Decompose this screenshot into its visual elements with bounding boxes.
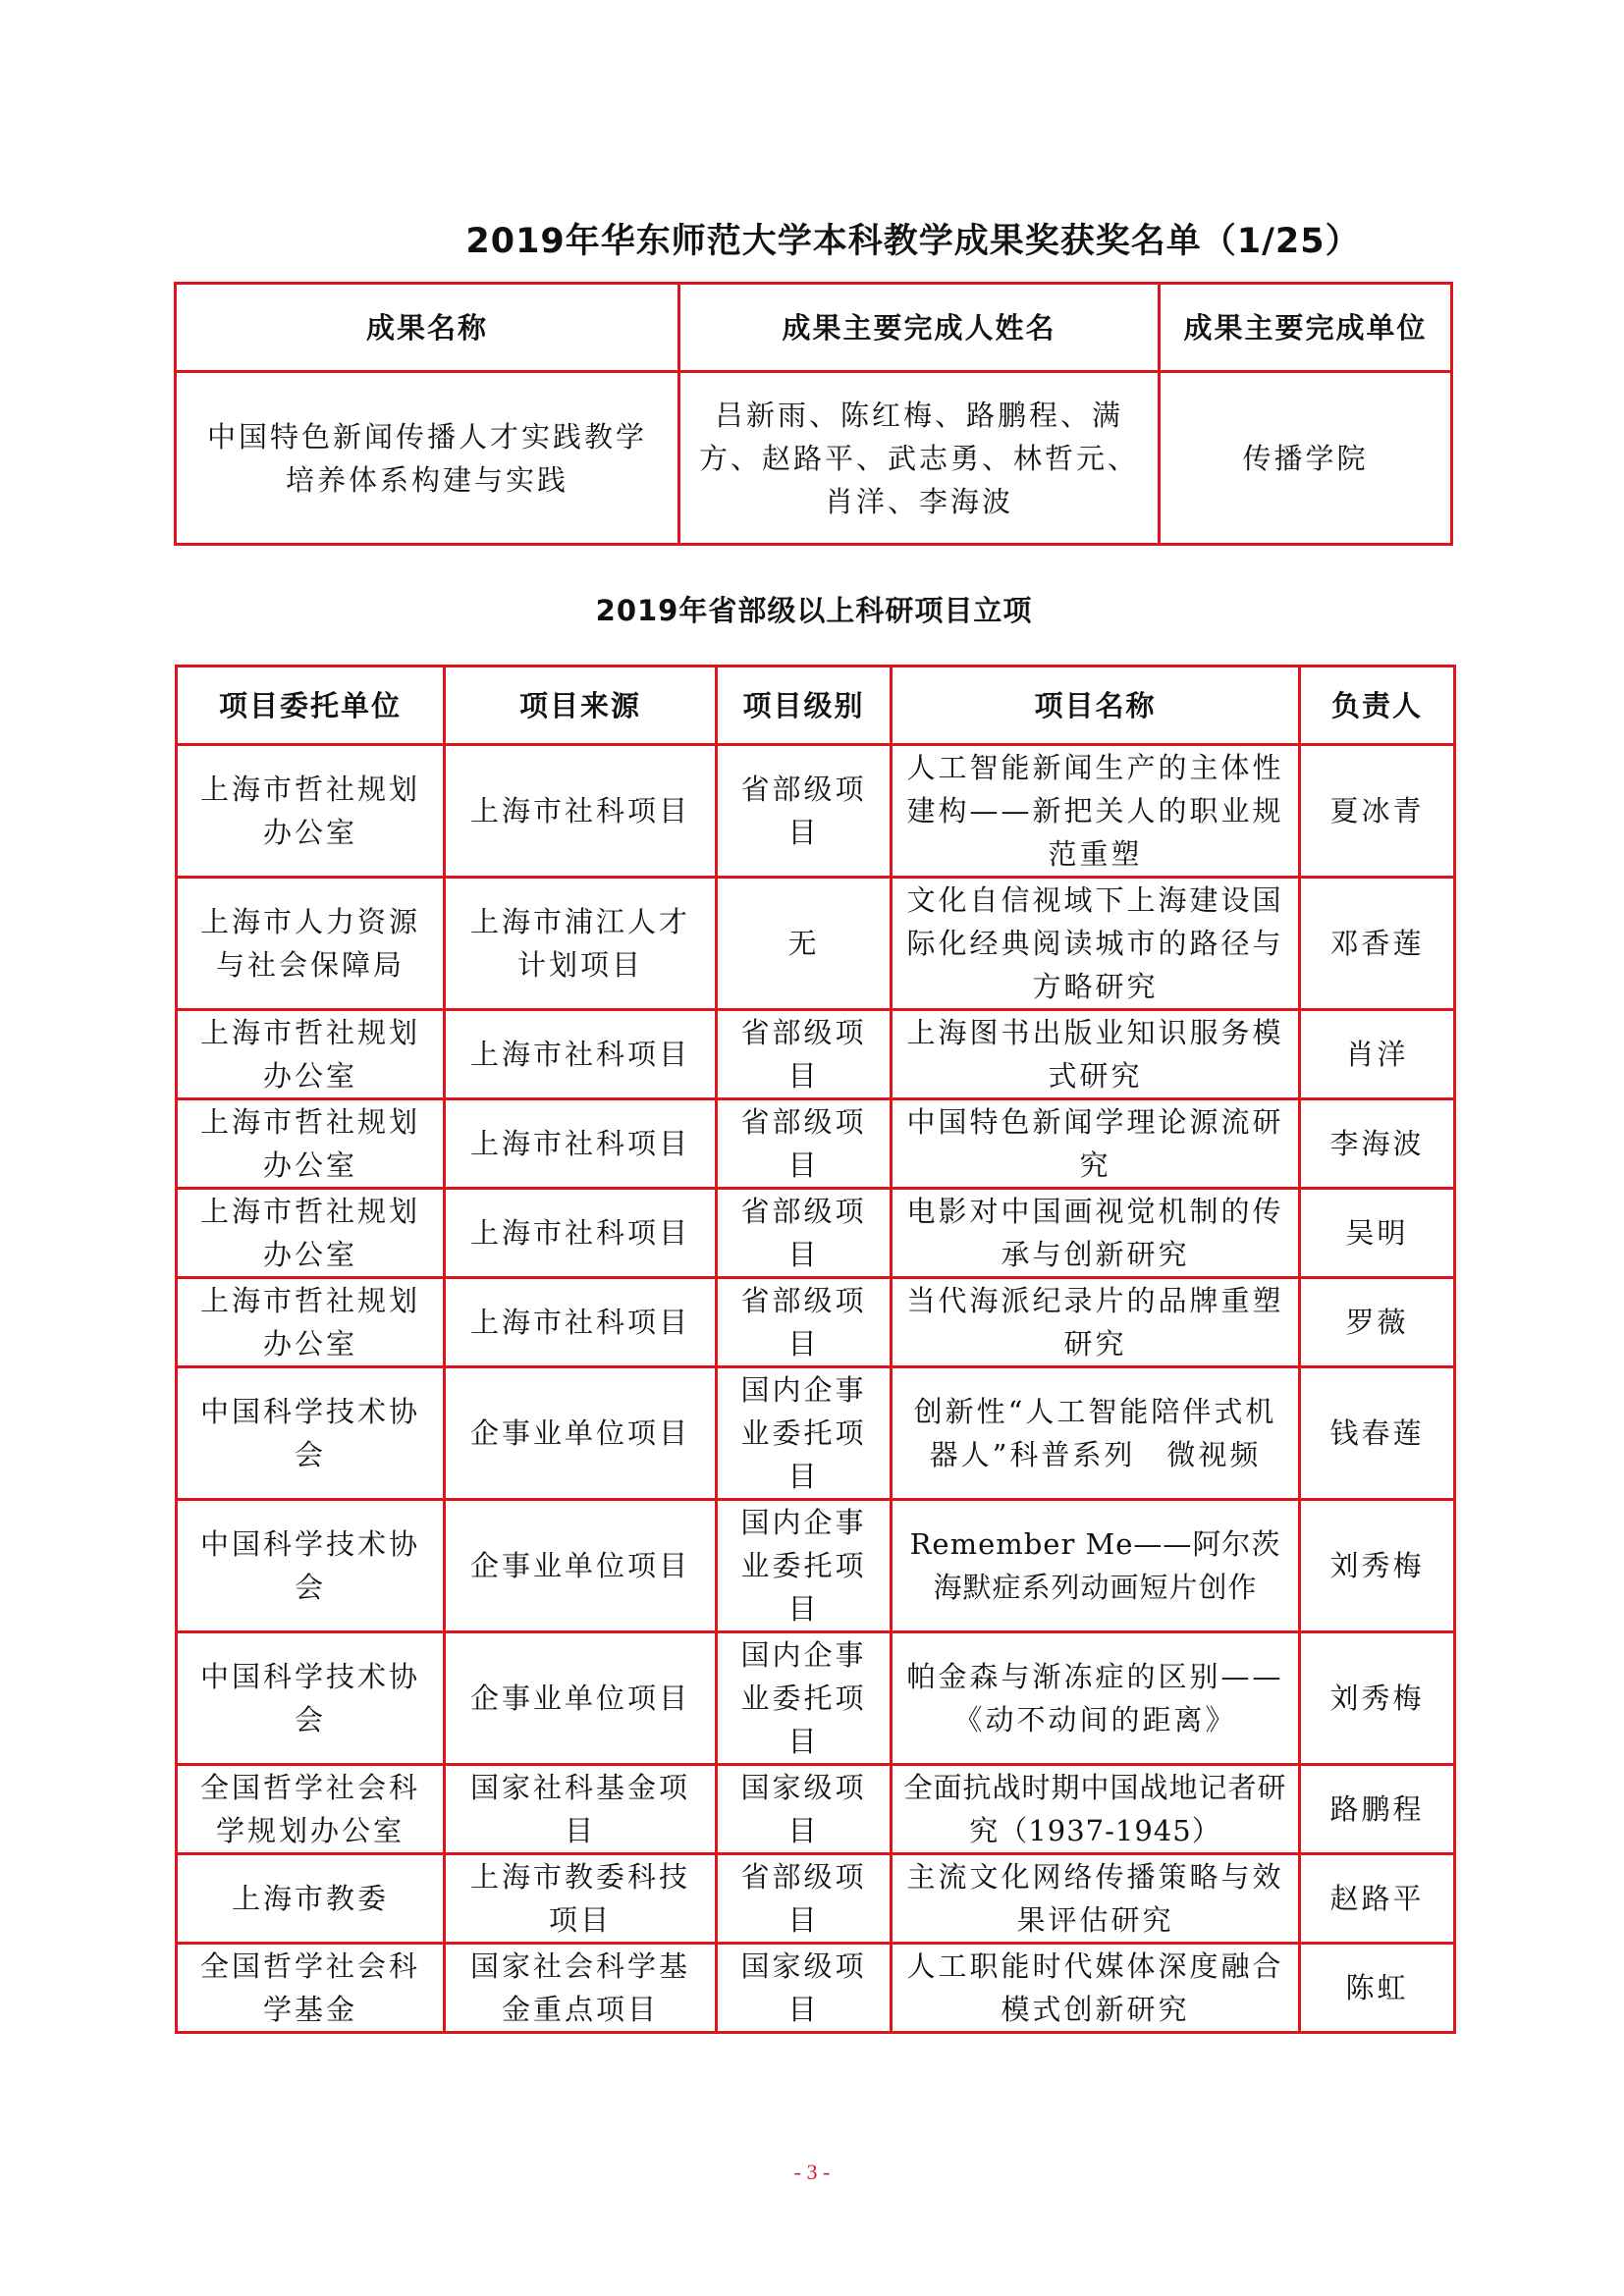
project-name-cell: 当代海派纪录片的品牌重塑研究 bbox=[892, 1278, 1300, 1367]
award-list-title: 2019年华东师范大学本科教学成果奖获奖名单（1/25） bbox=[393, 214, 1434, 263]
project-name-cell: 电影对中国画视觉机制的传承与创新研究 bbox=[892, 1189, 1300, 1278]
lead-cell: 刘秀梅 bbox=[1300, 1632, 1455, 1765]
page-number: - 3 - bbox=[763, 2160, 861, 2185]
lead-cell: 李海波 bbox=[1300, 1099, 1455, 1189]
header-client-unit: 项目委托单位 bbox=[177, 667, 445, 745]
project-name-cell: 中国特色新闻学理论源流研究 bbox=[892, 1099, 1300, 1189]
client-cell: 上海市教委 bbox=[177, 1854, 445, 1944]
lead-cell: 吴明 bbox=[1300, 1189, 1455, 1278]
project-name-cell: 人工智能新闻生产的主体性建构——新把关人的职业规范重塑 bbox=[892, 745, 1300, 878]
project-name-cell: 帕金森与渐冻症的区别——《动不动间的距离》 bbox=[892, 1632, 1300, 1765]
table-row: 全国哲学社会科学规划办公室 国家社科基金项目 国家级项目 全面抗战时期中国战地记… bbox=[177, 1765, 1455, 1854]
header-project-name: 项目名称 bbox=[892, 667, 1300, 745]
client-cell: 上海市哲社规划办公室 bbox=[177, 1010, 445, 1099]
client-cell: 全国哲学社会科学基金 bbox=[177, 1944, 445, 2033]
level-cell: 省部级项目 bbox=[717, 1010, 892, 1099]
project-name-cell: 全面抗战时期中国战地记者研究（1937-1945） bbox=[892, 1765, 1300, 1854]
table-row: 中国科学技术协会 企事业单位项目 国内企事业委托项目 Remember Me——… bbox=[177, 1500, 1455, 1632]
project-name-cell: Remember Me——阿尔茨海默症系列动画短片创作 bbox=[892, 1500, 1300, 1632]
level-cell: 国家级项目 bbox=[717, 1765, 892, 1854]
level-cell: 国家级项目 bbox=[717, 1944, 892, 2033]
source-cell: 企事业单位项目 bbox=[445, 1632, 717, 1765]
source-cell: 上海市社科项目 bbox=[445, 745, 717, 878]
table-row: 上海市哲社规划办公室 上海市社科项目 省部级项目 中国特色新闻学理论源流研究 李… bbox=[177, 1099, 1455, 1189]
project-name-cell: 人工职能时代媒体深度融合模式创新研究 bbox=[892, 1944, 1300, 2033]
project-name-cell: 上海图书出版业知识服务模式研究 bbox=[892, 1010, 1300, 1099]
lead-cell: 邓香莲 bbox=[1300, 878, 1455, 1010]
header-lead: 负责人 bbox=[1300, 667, 1455, 745]
level-cell: 省部级项目 bbox=[717, 1099, 892, 1189]
header-source: 项目来源 bbox=[445, 667, 717, 745]
level-cell: 国内企事业委托项目 bbox=[717, 1367, 892, 1500]
source-cell: 上海市社科项目 bbox=[445, 1278, 717, 1367]
award-table: 成果名称 成果主要完成人姓名 成果主要完成单位 中国特色新闻传播人才实践教学培养… bbox=[174, 282, 1453, 546]
client-cell: 中国科学技术协会 bbox=[177, 1632, 445, 1765]
table-row: 中国科学技术协会 企事业单位项目 国内企事业委托项目 创新性“人工智能陪伴式机器… bbox=[177, 1367, 1455, 1500]
lead-cell: 陈虹 bbox=[1300, 1944, 1455, 2033]
level-cell: 省部级项目 bbox=[717, 745, 892, 878]
level-cell: 国内企事业委托项目 bbox=[717, 1500, 892, 1632]
contributors-cell: 吕新雨、陈红梅、路鹏程、满方、赵路平、武志勇、林哲元、肖洋、李海波 bbox=[679, 372, 1160, 545]
level-cell: 省部级项目 bbox=[717, 1189, 892, 1278]
lead-cell: 路鹏程 bbox=[1300, 1765, 1455, 1854]
lead-cell: 钱春莲 bbox=[1300, 1367, 1455, 1500]
projects-table: 项目委托单位 项目来源 项目级别 项目名称 负责人 上海市哲社规划办公室 上海市… bbox=[175, 665, 1456, 2034]
level-cell: 无 bbox=[717, 878, 892, 1010]
level-cell: 省部级项目 bbox=[717, 1278, 892, 1367]
achievement-name-cell: 中国特色新闻传播人才实践教学培养体系构建与实践 bbox=[176, 372, 679, 545]
client-cell: 上海市哲社规划办公室 bbox=[177, 745, 445, 878]
table-row: 上海市哲社规划办公室 上海市社科项目 省部级项目 上海图书出版业知识服务模式研究… bbox=[177, 1010, 1455, 1099]
project-name-cell: 主流文化网络传播策略与效果评估研究 bbox=[892, 1854, 1300, 1944]
source-cell: 国家社会科学基金重点项目 bbox=[445, 1944, 717, 2033]
projects-table-header: 项目委托单位 项目来源 项目级别 项目名称 负责人 bbox=[177, 667, 1455, 745]
project-name-cell: 文化自信视域下上海建设国际化经典阅读城市的路径与方略研究 bbox=[892, 878, 1300, 1010]
source-cell: 企事业单位项目 bbox=[445, 1367, 717, 1500]
level-cell: 省部级项目 bbox=[717, 1854, 892, 1944]
client-cell: 上海市哲社规划办公室 bbox=[177, 1189, 445, 1278]
award-table-header: 成果名称 成果主要完成人姓名 成果主要完成单位 bbox=[176, 284, 1452, 372]
source-cell: 上海市社科项目 bbox=[445, 1189, 717, 1278]
source-cell: 上海市教委科技项目 bbox=[445, 1854, 717, 1944]
table-row: 上海市哲社规划办公室 上海市社科项目 省部级项目 当代海派纪录片的品牌重塑研究 … bbox=[177, 1278, 1455, 1367]
header-main-unit: 成果主要完成单位 bbox=[1160, 284, 1452, 372]
table-row: 上海市人力资源与社会保障局 上海市浦江人才计划项目 无 文化自信视域下上海建设国… bbox=[177, 878, 1455, 1010]
lead-cell: 罗薇 bbox=[1300, 1278, 1455, 1367]
lead-cell: 肖洋 bbox=[1300, 1010, 1455, 1099]
table-row: 中国科学技术协会 企事业单位项目 国内企事业委托项目 帕金森与渐冻症的区别——《… bbox=[177, 1632, 1455, 1765]
table-row: 全国哲学社会科学基金 国家社会科学基金重点项目 国家级项目 人工职能时代媒体深度… bbox=[177, 1944, 1455, 2033]
source-cell: 上海市社科项目 bbox=[445, 1099, 717, 1189]
header-main-contributors: 成果主要完成人姓名 bbox=[679, 284, 1160, 372]
lead-cell: 赵路平 bbox=[1300, 1854, 1455, 1944]
client-cell: 上海市哲社规划办公室 bbox=[177, 1099, 445, 1189]
lead-cell: 夏冰青 bbox=[1300, 745, 1455, 878]
source-cell: 上海市浦江人才计划项目 bbox=[445, 878, 717, 1010]
header-level: 项目级别 bbox=[717, 667, 892, 745]
level-cell: 国内企事业委托项目 bbox=[717, 1632, 892, 1765]
source-cell: 国家社科基金项目 bbox=[445, 1765, 717, 1854]
projects-title: 2019年省部级以上科研项目立项 bbox=[175, 589, 1453, 629]
header-achievement-name: 成果名称 bbox=[176, 284, 679, 372]
client-cell: 上海市哲社规划办公室 bbox=[177, 1278, 445, 1367]
table-row: 中国特色新闻传播人才实践教学培养体系构建与实践 吕新雨、陈红梅、路鹏程、满方、赵… bbox=[176, 372, 1452, 545]
source-cell: 企事业单位项目 bbox=[445, 1500, 717, 1632]
client-cell: 中国科学技术协会 bbox=[177, 1367, 445, 1500]
client-cell: 全国哲学社会科学规划办公室 bbox=[177, 1765, 445, 1854]
client-cell: 上海市人力资源与社会保障局 bbox=[177, 878, 445, 1010]
table-row: 上海市哲社规划办公室 上海市社科项目 省部级项目 人工智能新闻生产的主体性建构—… bbox=[177, 745, 1455, 878]
table-row: 上海市教委 上海市教委科技项目 省部级项目 主流文化网络传播策略与效果评估研究 … bbox=[177, 1854, 1455, 1944]
unit-cell: 传播学院 bbox=[1160, 372, 1452, 545]
table-row: 上海市哲社规划办公室 上海市社科项目 省部级项目 电影对中国画视觉机制的传承与创… bbox=[177, 1189, 1455, 1278]
source-cell: 上海市社科项目 bbox=[445, 1010, 717, 1099]
lead-cell: 刘秀梅 bbox=[1300, 1500, 1455, 1632]
project-name-cell: 创新性“人工智能陪伴式机器人”科普系列 微视频 bbox=[892, 1367, 1300, 1500]
client-cell: 中国科学技术协会 bbox=[177, 1500, 445, 1632]
